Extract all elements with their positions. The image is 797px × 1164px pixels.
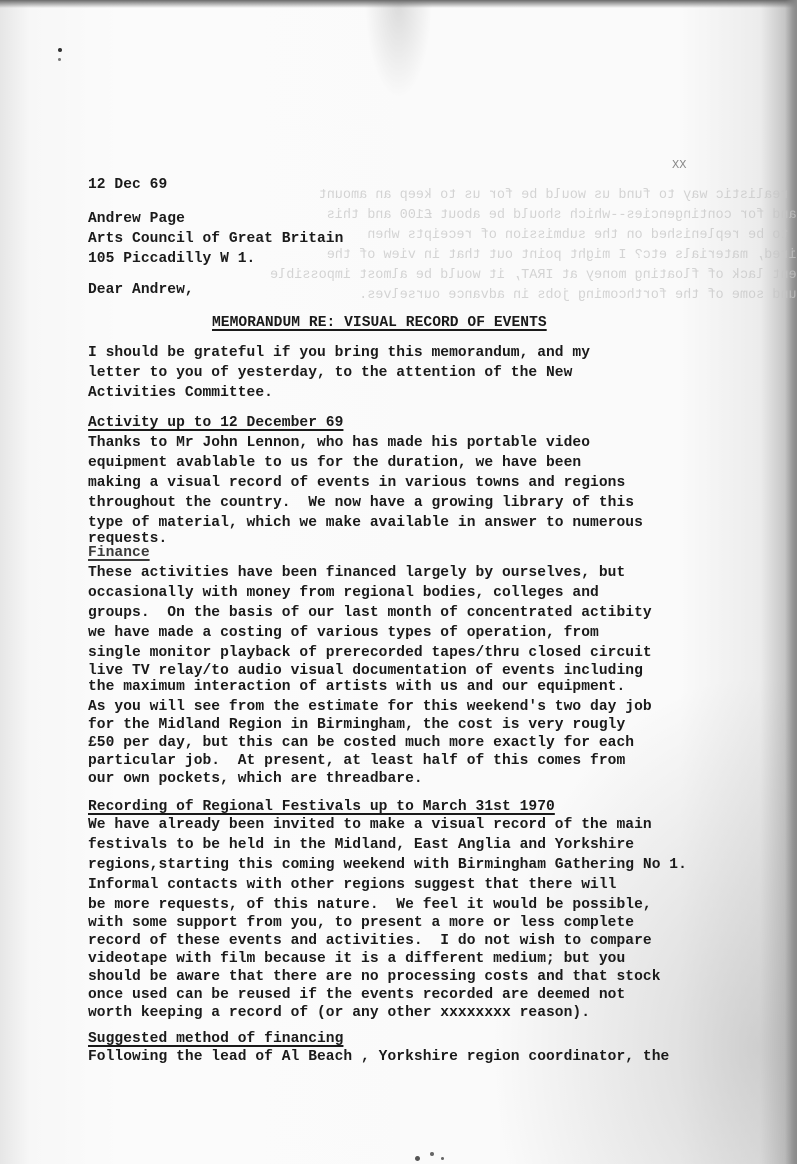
- body-line: These activities have been financed larg…: [88, 563, 625, 583]
- body-line: type of material, which we make availabl…: [88, 513, 643, 533]
- ink-spot: [415, 1156, 420, 1161]
- body-line: be more requests, of this nature. We fee…: [88, 895, 652, 915]
- body-line: we have made a costing of various types …: [88, 623, 599, 643]
- body-line: equipment avablable to us for the durati…: [88, 453, 581, 473]
- bleed-through-text: most realistic way to fund us would be f…: [270, 186, 797, 306]
- body-line: particular job. At present, at least hal…: [88, 751, 625, 771]
- body-line: Informal contacts with other regions sug…: [88, 875, 616, 895]
- page-mark: XX: [672, 158, 686, 172]
- intro-line: letter to you of yesterday, to the atten…: [88, 363, 572, 383]
- recipient-address: 105 Piccadilly W 1.: [88, 249, 255, 269]
- body-line: record of these events and activities. I…: [88, 931, 652, 951]
- body-line: We have already been invited to make a v…: [88, 815, 652, 835]
- body-line: once used can be reused if the events re…: [88, 985, 625, 1005]
- section-heading-activity: Activity up to 12 December 69: [88, 413, 343, 433]
- section-heading-financing-method: Suggested method of financing: [88, 1029, 343, 1049]
- body-line: should be aware that there are no proces…: [88, 967, 661, 987]
- body-line: As you will see from the estimate for th…: [88, 697, 652, 717]
- intro-line: Activities Committee.: [88, 383, 273, 403]
- body-line: throughout the country. We now have a gr…: [88, 493, 634, 513]
- body-line: Thanks to Mr John Lennon, who has made h…: [88, 433, 590, 453]
- ink-spot: [430, 1152, 434, 1156]
- scanned-letter-page: most realistic way to fund us would be f…: [0, 0, 797, 1164]
- body-line: our own pockets, which are threadbare.: [88, 769, 423, 789]
- ink-spot: [58, 58, 61, 61]
- body-line: videotape with film because it is a diff…: [88, 949, 625, 969]
- body-line: £50 per day, but this can be costed much…: [88, 733, 634, 753]
- body-line: with some support from you, to present a…: [88, 913, 634, 933]
- page-top-shadow: [0, 0, 797, 8]
- body-line: single monitor playback of prerecorded t…: [88, 643, 652, 663]
- body-line: Following the lead of Al Beach , Yorkshi…: [88, 1047, 669, 1067]
- body-line: the maximum interaction of artists with …: [88, 677, 625, 697]
- body-line: regions,starting this coming weekend wit…: [88, 855, 687, 875]
- recipient-organization: Arts Council of Great Britain: [88, 229, 343, 249]
- ink-spot: [58, 48, 62, 52]
- section-heading-festivals: Recording of Regional Festivals up to Ma…: [88, 797, 555, 817]
- body-line: making a visual record of events in vari…: [88, 473, 625, 493]
- body-line: for the Midland Region in Birmingham, th…: [88, 715, 625, 735]
- body-line: worth keeping a record of (or any other …: [88, 1003, 590, 1023]
- salutation: Dear Andrew,: [88, 280, 194, 300]
- page-right-edge: [785, 0, 797, 1164]
- body-line: festivals to be held in the Midland, Eas…: [88, 835, 634, 855]
- body-line: groups. On the basis of our last month o…: [88, 603, 652, 623]
- body-line: occasionally with money from regional bo…: [88, 583, 599, 603]
- memo-title: MEMORANDUM RE: VISUAL RECORD OF EVENTS: [212, 313, 547, 333]
- recipient-name: Andrew Page: [88, 209, 185, 229]
- letter-date: 12 Dec 69: [88, 175, 167, 195]
- ink-spot: [441, 1157, 444, 1160]
- intro-line: I should be grateful if you bring this m…: [88, 343, 590, 363]
- section-heading-finance: Finance: [88, 543, 150, 563]
